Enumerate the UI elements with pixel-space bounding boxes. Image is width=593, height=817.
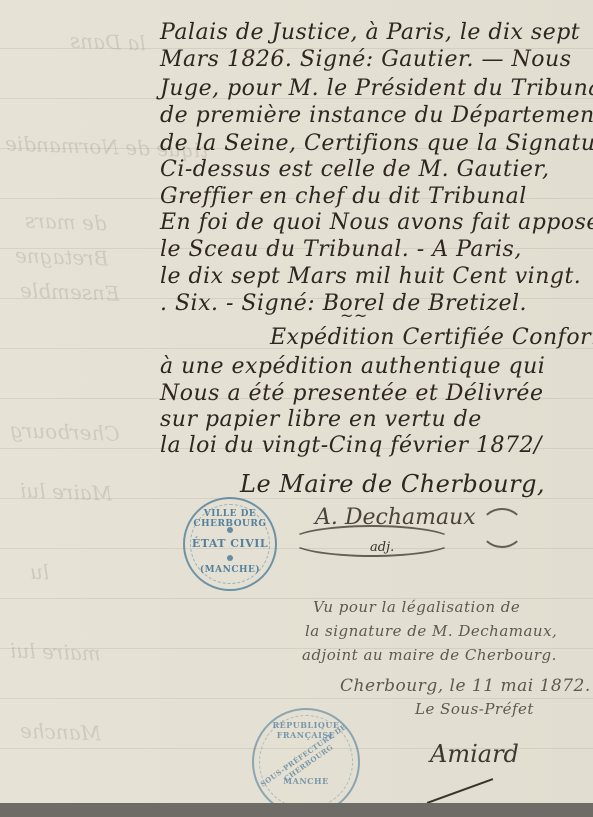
signature-flourish <box>480 508 524 548</box>
sous-prefet-signature: Amiard <box>430 740 519 768</box>
bleed-through-text: Bretagne <box>15 243 109 270</box>
text-line: de la Seine, Certifions que la Signature <box>160 131 593 156</box>
bleed-through-text: de mars <box>25 209 108 236</box>
text-line: Ci-dessus est celle de M. Gautier, <box>160 157 549 182</box>
text-line: Mars 1826. Signé: Gautier. — Nous <box>160 47 572 72</box>
document-page: la Dans tique de Normandie de mars Breta… <box>0 0 593 803</box>
legalization-place-date: Cherbourg, le 11 mai 1872. <box>340 676 591 696</box>
stamp-dot <box>227 527 233 533</box>
certification-line: Expédition Certifiée Conforme <box>270 325 593 350</box>
text-line: Palais de Justice, à Paris, le dix sept <box>160 20 580 45</box>
bleed-through-text: maire lui <box>10 638 102 665</box>
legalization-line: adjoint au maire de Cherbourg. <box>302 646 557 664</box>
bleed-through-text: Ensemble <box>20 278 120 305</box>
text-line: Greffier en chef du dit Tribunal <box>160 184 527 209</box>
viewer-bottom-bar <box>0 803 593 817</box>
certification-line: à une expédition authentique qui <box>160 354 545 379</box>
stamp-bottom-text: MANCHE <box>254 776 358 786</box>
ruled-line <box>0 548 593 549</box>
certification-line: sur papier libre en vertu de <box>160 407 482 432</box>
legalization-line: Vu pour la légalisation de <box>313 598 520 616</box>
certification-line: Nous a été presentée et Délivrée <box>160 381 543 406</box>
mayor-signature-annotation: adj. <box>370 540 394 555</box>
signature-tail <box>427 778 493 803</box>
bleed-through-text: Cherbourg <box>10 418 120 446</box>
bleed-through-text: Maire lui <box>20 478 113 505</box>
bleed-through-text: la Dans <box>70 29 147 56</box>
legalization-title: Le Sous-Préfet <box>415 700 534 718</box>
etat-civil-stamp: VILLE DE CHERBOURG ÉTAT CIVIL (MANCHE) <box>183 497 277 591</box>
certification-line: la loi du vingt-Cinq février 1872/ <box>160 433 542 458</box>
text-line: Juge, pour M. le Président du Tribunal <box>160 76 593 101</box>
mayor-closing: Le Maire de Cherbourg, <box>240 470 545 498</box>
bleed-through-text: lu <box>30 560 50 585</box>
stamp-center-text: ÉTAT CIVIL <box>185 537 275 550</box>
stamp-dot <box>227 555 233 561</box>
republique-stamp: RÉPUBLIQUE FRANÇAISE SOUS-PRÉFECTURE DE … <box>252 708 360 803</box>
text-line: le dix sept Mars mil huit Cent vingt. <box>160 264 581 289</box>
text-line: de première instance du Département <box>160 103 593 128</box>
text-line: le Sceau du Tribunal. - A Paris, <box>160 237 522 262</box>
stamp-bottom-text: (MANCHE) <box>185 565 275 575</box>
text-line: En foi de quoi Nous avons fait apposer <box>160 210 593 235</box>
legalization-line: la signature de M. Dechamaux, <box>305 622 557 640</box>
bleed-through-text: Manche <box>20 719 102 746</box>
ruled-line <box>0 698 593 699</box>
separator-mark: ~~ <box>340 306 368 325</box>
stamp-top-text: VILLE DE CHERBOURG <box>185 509 275 529</box>
